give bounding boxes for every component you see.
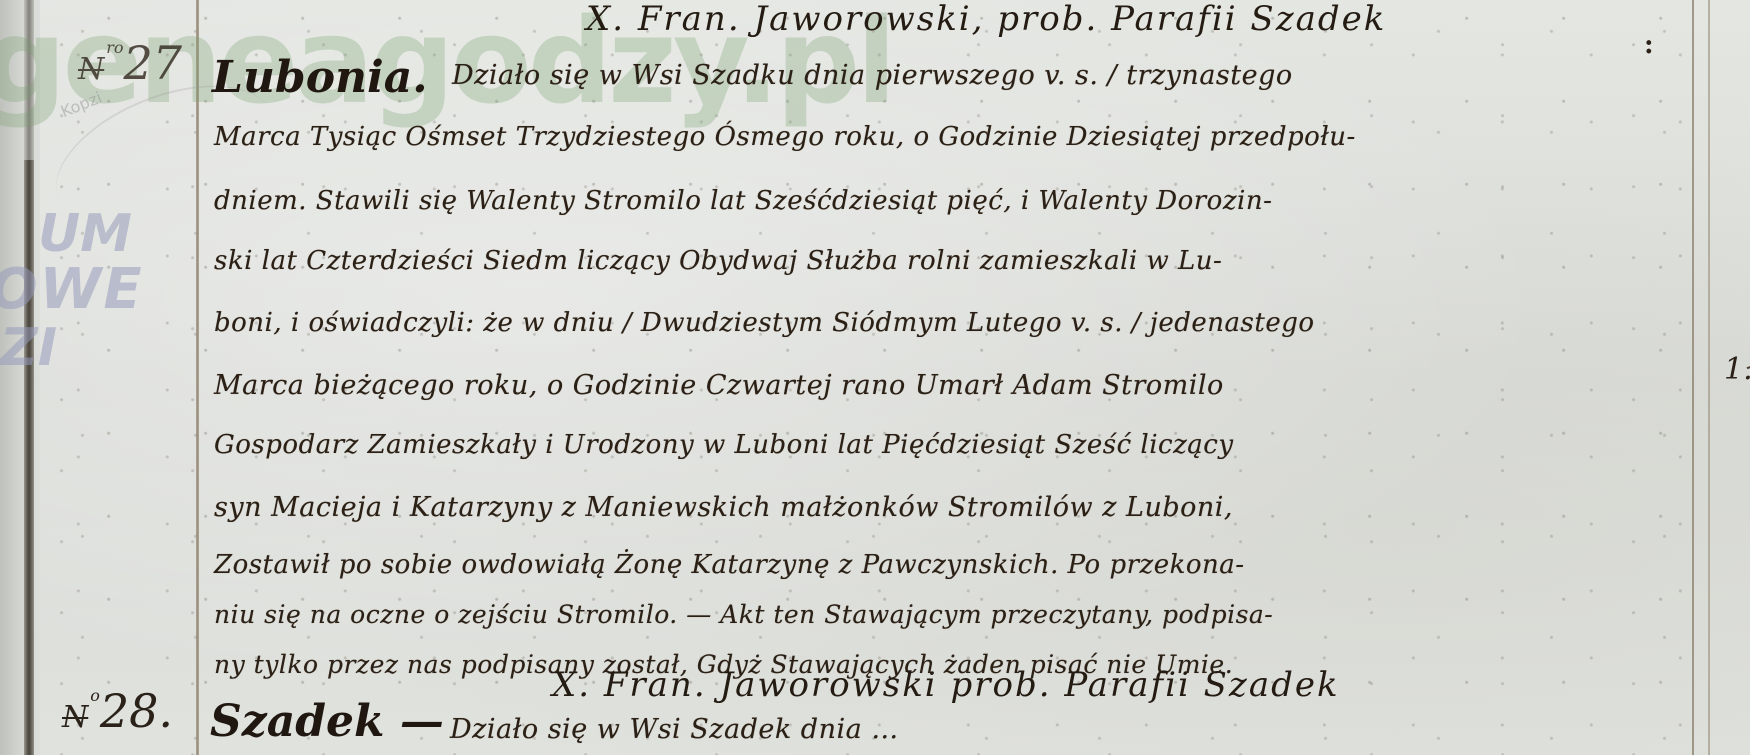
entry-27-line-8: syn Macieja i Katarzyny z Maniewskich ma… bbox=[214, 494, 1233, 521]
right-margin-rule bbox=[1692, 0, 1694, 755]
entry-27-line-9: Zostawił po sobie owdowiałą Żonę Katarzy… bbox=[214, 552, 1245, 578]
priest-signature-bottom: X. Fran. Jaworowski prob. Parafii Szadek bbox=[552, 668, 1340, 702]
entry-number-28: No28. bbox=[62, 688, 173, 734]
entry-27-line-7: Gospodarz Zamieszkały i Urodzony w Lubon… bbox=[214, 432, 1234, 458]
margin-mark bbox=[1745, 361, 1750, 369]
entry-27-line-6: Marca bieżącego roku, o Godzinie Czwarte… bbox=[214, 372, 1224, 399]
priest-signature-top: X. Fran. Jaworowski, prob. Parafii Szade… bbox=[586, 2, 1386, 36]
entry-number-prefix: N bbox=[62, 700, 88, 735]
entry-27-line-4: ski lat Czterdzieści Siedm liczący Obydw… bbox=[214, 248, 1222, 274]
entry-28-line-1: Działo się w Wsi Szadek dnia … bbox=[450, 716, 899, 743]
margin-death-count: 1. bbox=[1724, 352, 1750, 387]
entry-27-line-2: Marca Tysiąc Ośmset Trzydziestego Ósmego… bbox=[214, 124, 1356, 150]
entry-number-prefix: N bbox=[78, 52, 104, 87]
right-margin-rule-outer bbox=[1708, 0, 1710, 755]
entry-place-28: Szadek — bbox=[210, 700, 444, 744]
entry-27-line-10: niu się na oczne o zejściu Stromilo. — A… bbox=[214, 602, 1273, 627]
entry-number-sup: ro bbox=[106, 38, 123, 57]
watermark-block-line-3: ZI bbox=[0, 322, 57, 374]
ink-mark: : bbox=[1644, 30, 1654, 60]
document-scan: geneagodzy.pl Kopzi UM OWE ZI X. Fran. J… bbox=[0, 0, 1750, 755]
entry-number-value: 27 bbox=[124, 36, 183, 90]
watermark-block-line-1: UM bbox=[38, 208, 132, 260]
entry-place-27: Lubonia. bbox=[212, 56, 428, 100]
entry-number-sup: o bbox=[90, 686, 100, 705]
entry-number-value: 28. bbox=[100, 684, 173, 738]
entry-number-27: Nro27 bbox=[78, 40, 182, 86]
entry-27-line-1: Działo się w Wsi Szadku dnia pierwszego … bbox=[452, 62, 1293, 89]
watermark-block-line-2: OWE bbox=[0, 262, 144, 318]
binding-shadow-lower bbox=[24, 160, 34, 755]
entry-27-line-5: boni, i oświadczyli: że w dniu / Dwudzie… bbox=[214, 310, 1315, 336]
entry-27-line-3: dniem. Stawili się Walenty Stromilo lat … bbox=[214, 188, 1272, 214]
